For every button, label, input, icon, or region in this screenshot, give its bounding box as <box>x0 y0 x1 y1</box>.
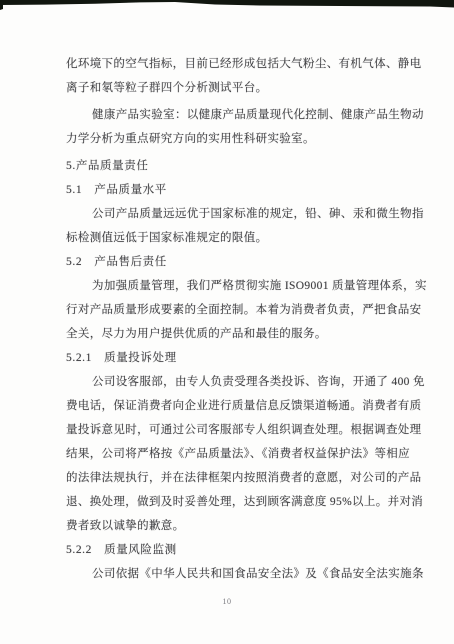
text-line: 标检测值远低于国家标准规定的限值。 <box>66 226 426 250</box>
text-line: 公司设客服部，由专人负责受理各类投诉、咨询，开通了 400 免 <box>66 370 426 394</box>
text-line: 结果，公司将严格按《产品质量法》、《消费者权益保护法》等相应 <box>66 442 426 466</box>
text-line: 行对产品质量形成要素的全面控制。本着为消费者负责，严把食品安 <box>66 298 426 322</box>
page-number: 10 <box>0 597 454 606</box>
text-line: 公司依据《中华人民共和国食品安全法》及《食品安全法实施条 <box>66 562 426 586</box>
section-heading: 5.2.1 质量投诉处理 <box>66 346 426 370</box>
text-line: 费者致以诚挚的歉意。 <box>66 514 426 538</box>
text-line: 健康产品实验室：以健康产品质量现代化控制、健康产品生物动 <box>66 103 426 127</box>
document-text-block: 化环境下的空气指标，目前已经形成包括大气粉尘、有机气体、静电离子和氡等粒子群四个… <box>66 52 426 586</box>
text-line: 全关，尽力为用户提供优质的产品和最佳的服务。 <box>66 322 426 346</box>
text-line: 力学分析为重点研究方向的实用性科研实验室。 <box>66 127 426 151</box>
text-line: 离子和氡等粒子群四个分析测试平台。 <box>66 76 426 100</box>
scanned-document-page: 化环境下的空气指标，目前已经形成包括大气粉尘、有机气体、静电离子和氡等粒子群四个… <box>0 0 454 644</box>
text-line: 为加强质量管理，我们严格贯彻实施 ISO9001 质量管理体系，实 <box>66 274 426 298</box>
text-line: 费电话，保证消费者向企业进行质量信息反馈渠道畅通。消费者有质 <box>66 394 426 418</box>
text-line: 退、换处理，做到及时妥善处理，达到顾客满意度 95%以上。并对消 <box>66 490 426 514</box>
text-line: 化环境下的空气指标，目前已经形成包括大气粉尘、有机气体、静电 <box>66 52 426 76</box>
section-heading: 5.1 产品质量水平 <box>66 178 426 202</box>
section-heading: 5.2.2 质量风险监测 <box>66 538 426 562</box>
text-line: 量投诉意见时，可通过公司客服部专人组织调查处理。根据调查处理 <box>66 418 426 442</box>
text-line: 公司产品质量远远优于国家标准的规定，铅、砷、汞和微生物指 <box>66 202 426 226</box>
section-heading: 5.2 产品售后责任 <box>66 250 426 274</box>
scan-edge-artifact <box>0 0 454 12</box>
section-heading: 5.产品质量责任 <box>66 154 426 178</box>
text-line: 的法律法规执行，并在法律框架内按照消费者的意愿，对公司的产品 <box>66 466 426 490</box>
